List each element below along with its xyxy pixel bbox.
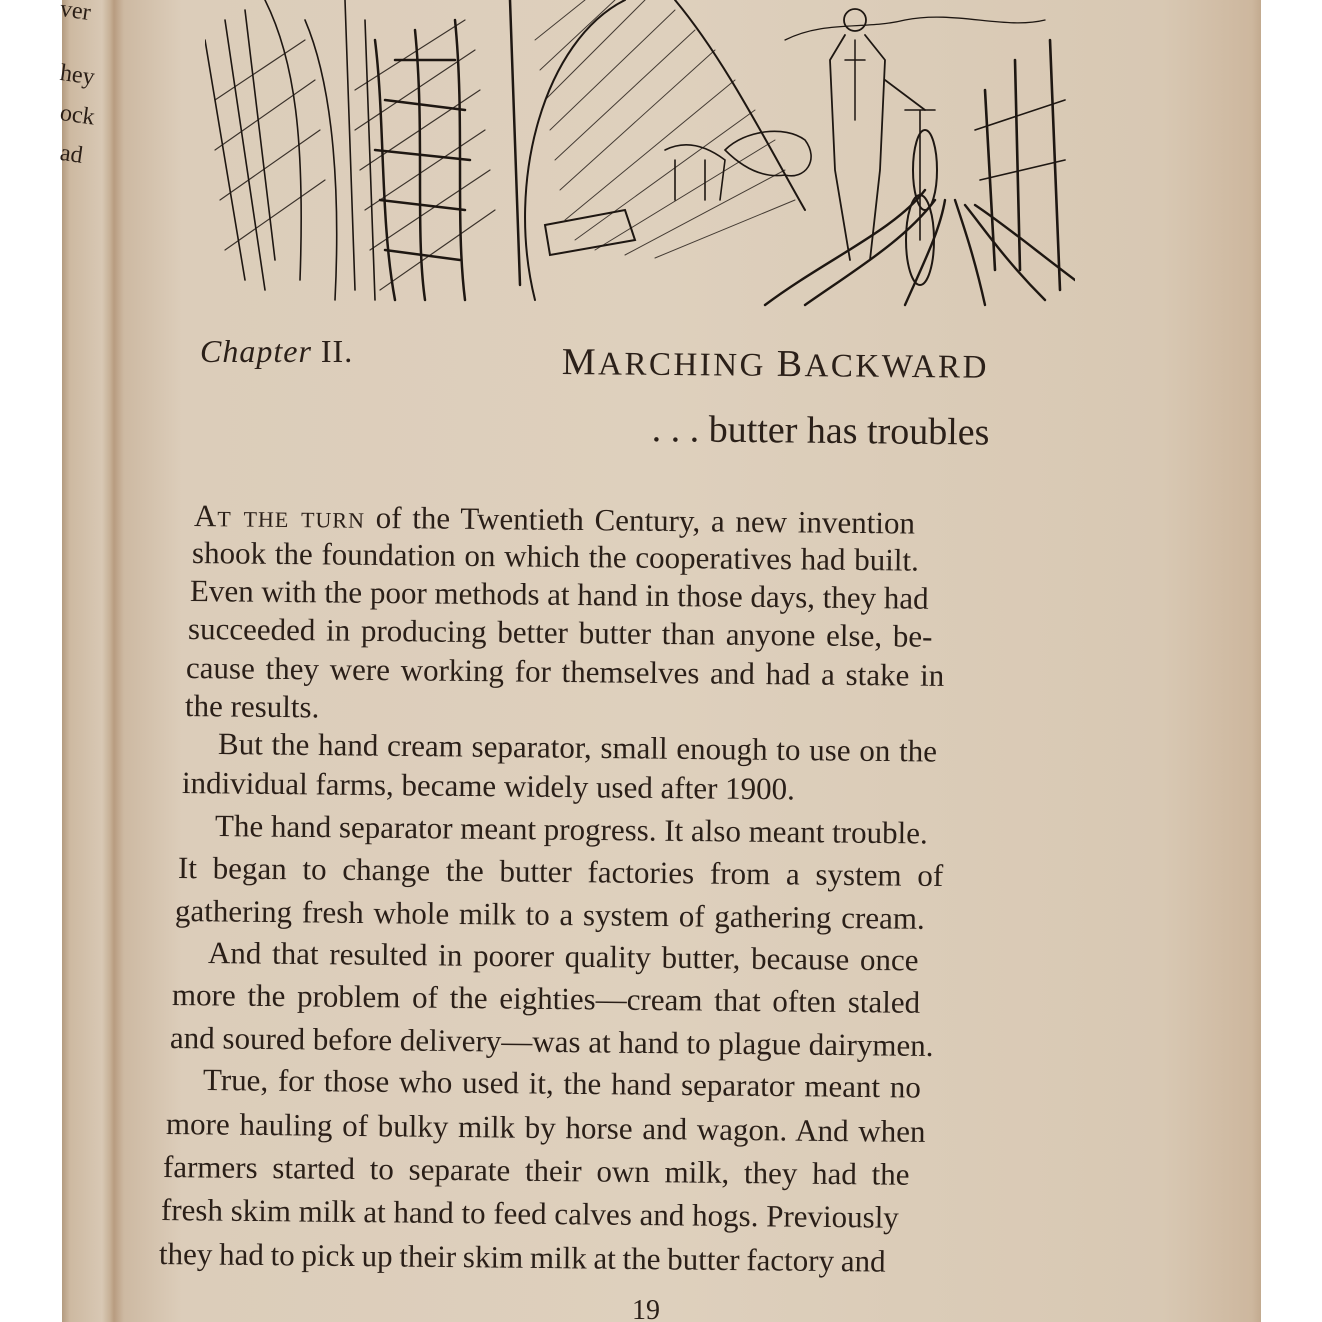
body-text-line: they had to pick up their skim milk at t… (159, 1236, 886, 1280)
body-text-line: And that resulted in poorer quality butt… (208, 935, 919, 978)
body-text-line: the results. (185, 688, 320, 725)
chapter-illustration (205, 0, 1075, 310)
body-text-line: shook the foundation on which the cooper… (192, 535, 919, 579)
chapter-word: Chapter (200, 333, 312, 369)
left-page-fragment: ver (58, 0, 92, 27)
body-text-line: But the hand cream separator, small enou… (218, 726, 937, 770)
page-number: 19 (632, 1295, 660, 1322)
left-page-fragment: ad (58, 140, 84, 170)
body-text-line: individual farms, became widely used aft… (182, 765, 795, 807)
left-page-fragment: hey (58, 60, 96, 92)
chapter-number: Chapter II. (200, 333, 353, 370)
chapter-numeral: II. (321, 333, 353, 369)
body-text-line: fresh skim milk at hand to feed calves a… (161, 1192, 899, 1236)
body-text-line: The hand separator meant progress. It al… (215, 808, 928, 851)
left-page-fragment: ock (58, 100, 96, 132)
lead-small-caps: At the turn (194, 498, 365, 535)
body-text-line: True, for those who used it, the hand se… (203, 1062, 921, 1106)
chapter-title: MARCHING BACKWARD (562, 340, 989, 388)
chapter-subtitle: . . . butter has troubles (652, 407, 990, 455)
body-text-line: At the turn of the Twentieth Century, a … (194, 498, 915, 542)
